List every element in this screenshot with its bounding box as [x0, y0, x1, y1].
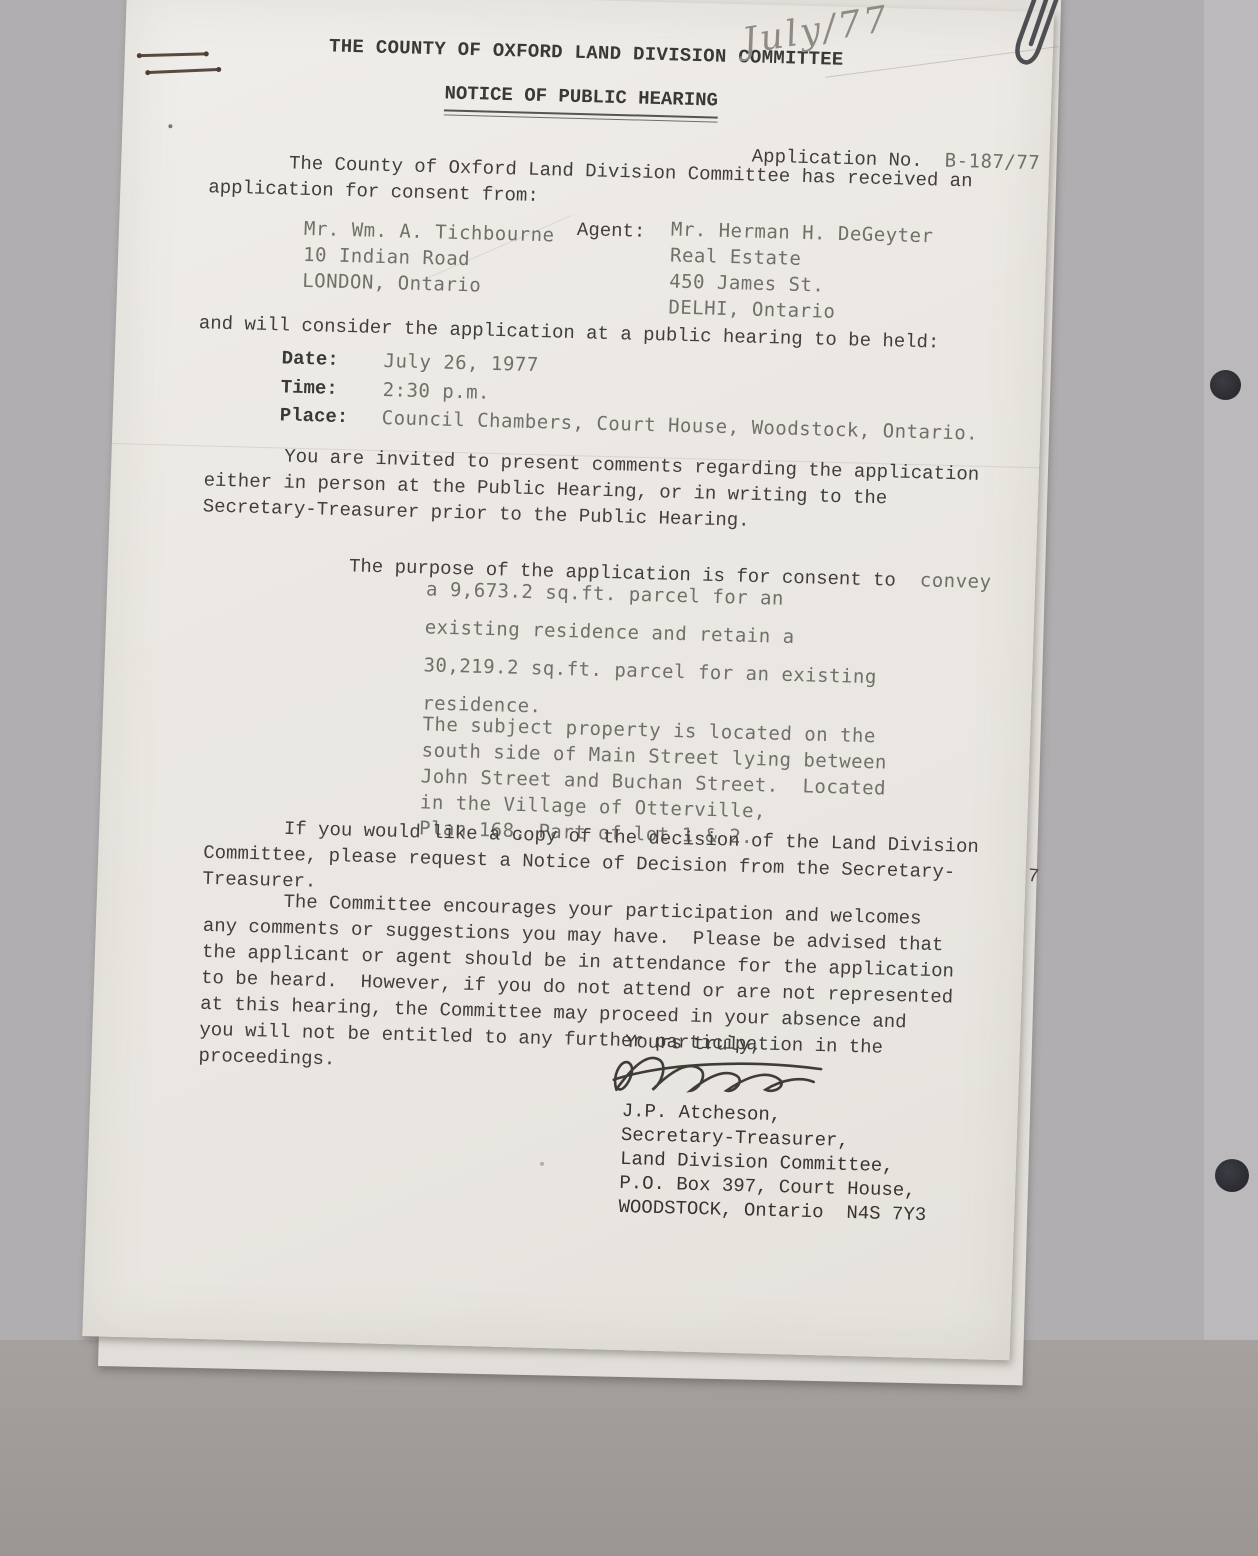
signer-details-block: J.P. Atcheson, Secretary-Treasurer, Land…: [618, 1099, 930, 1227]
staple-icon: [147, 68, 219, 74]
purpose-keyword: convey: [920, 569, 992, 593]
date-value: July 26, 1977: [383, 348, 539, 378]
hole-punch-dot: [1210, 370, 1241, 400]
behind-page-fragment: 7: [1027, 865, 1040, 888]
participation-paragraph: The Committee encourages your participat…: [198, 887, 956, 1089]
agent-address: Mr. Herman H. DeGeyter Real Estate 450 J…: [668, 216, 934, 327]
date-label: Date:: [281, 345, 384, 374]
backdrop-right-strip: [1204, 0, 1258, 1350]
hearing-date-row: Date: July 26, 1977: [281, 345, 539, 378]
dust-speck: [540, 1162, 544, 1166]
hole-punch-dot: [1215, 1159, 1249, 1192]
time-label: Time:: [280, 374, 383, 403]
dust-speck: [168, 124, 172, 128]
place-label: Place:: [279, 402, 382, 431]
place-value: Council Chambers, Court House, Woodstock…: [381, 405, 978, 447]
agent-label: Agent:: [577, 217, 646, 245]
hearing-place-row: Place: Council Chambers, Court House, Wo…: [279, 402, 978, 446]
photo-of-document: 7 THE COUNTY OF OXFORD LAND DIVISION COM…: [0, 0, 1258, 1556]
document-page: THE COUNTY OF OXFORD LAND DIVISION COMMI…: [82, 0, 1054, 1360]
purpose-description: a 9,673.2 sq.ft. parcel for an existing …: [422, 570, 880, 734]
time-value: 2:30 p.m.: [382, 377, 490, 406]
applicant-address: Mr. Wm. A. Tichbourne 10 Indian Road LON…: [302, 216, 555, 301]
hearing-time-row: Time: 2:30 p.m.: [280, 374, 490, 405]
paperclip-icon: [1012, 0, 1072, 72]
document-title: NOTICE OF PUBLIC HEARING: [444, 80, 718, 118]
staple-icon: [139, 52, 207, 56]
